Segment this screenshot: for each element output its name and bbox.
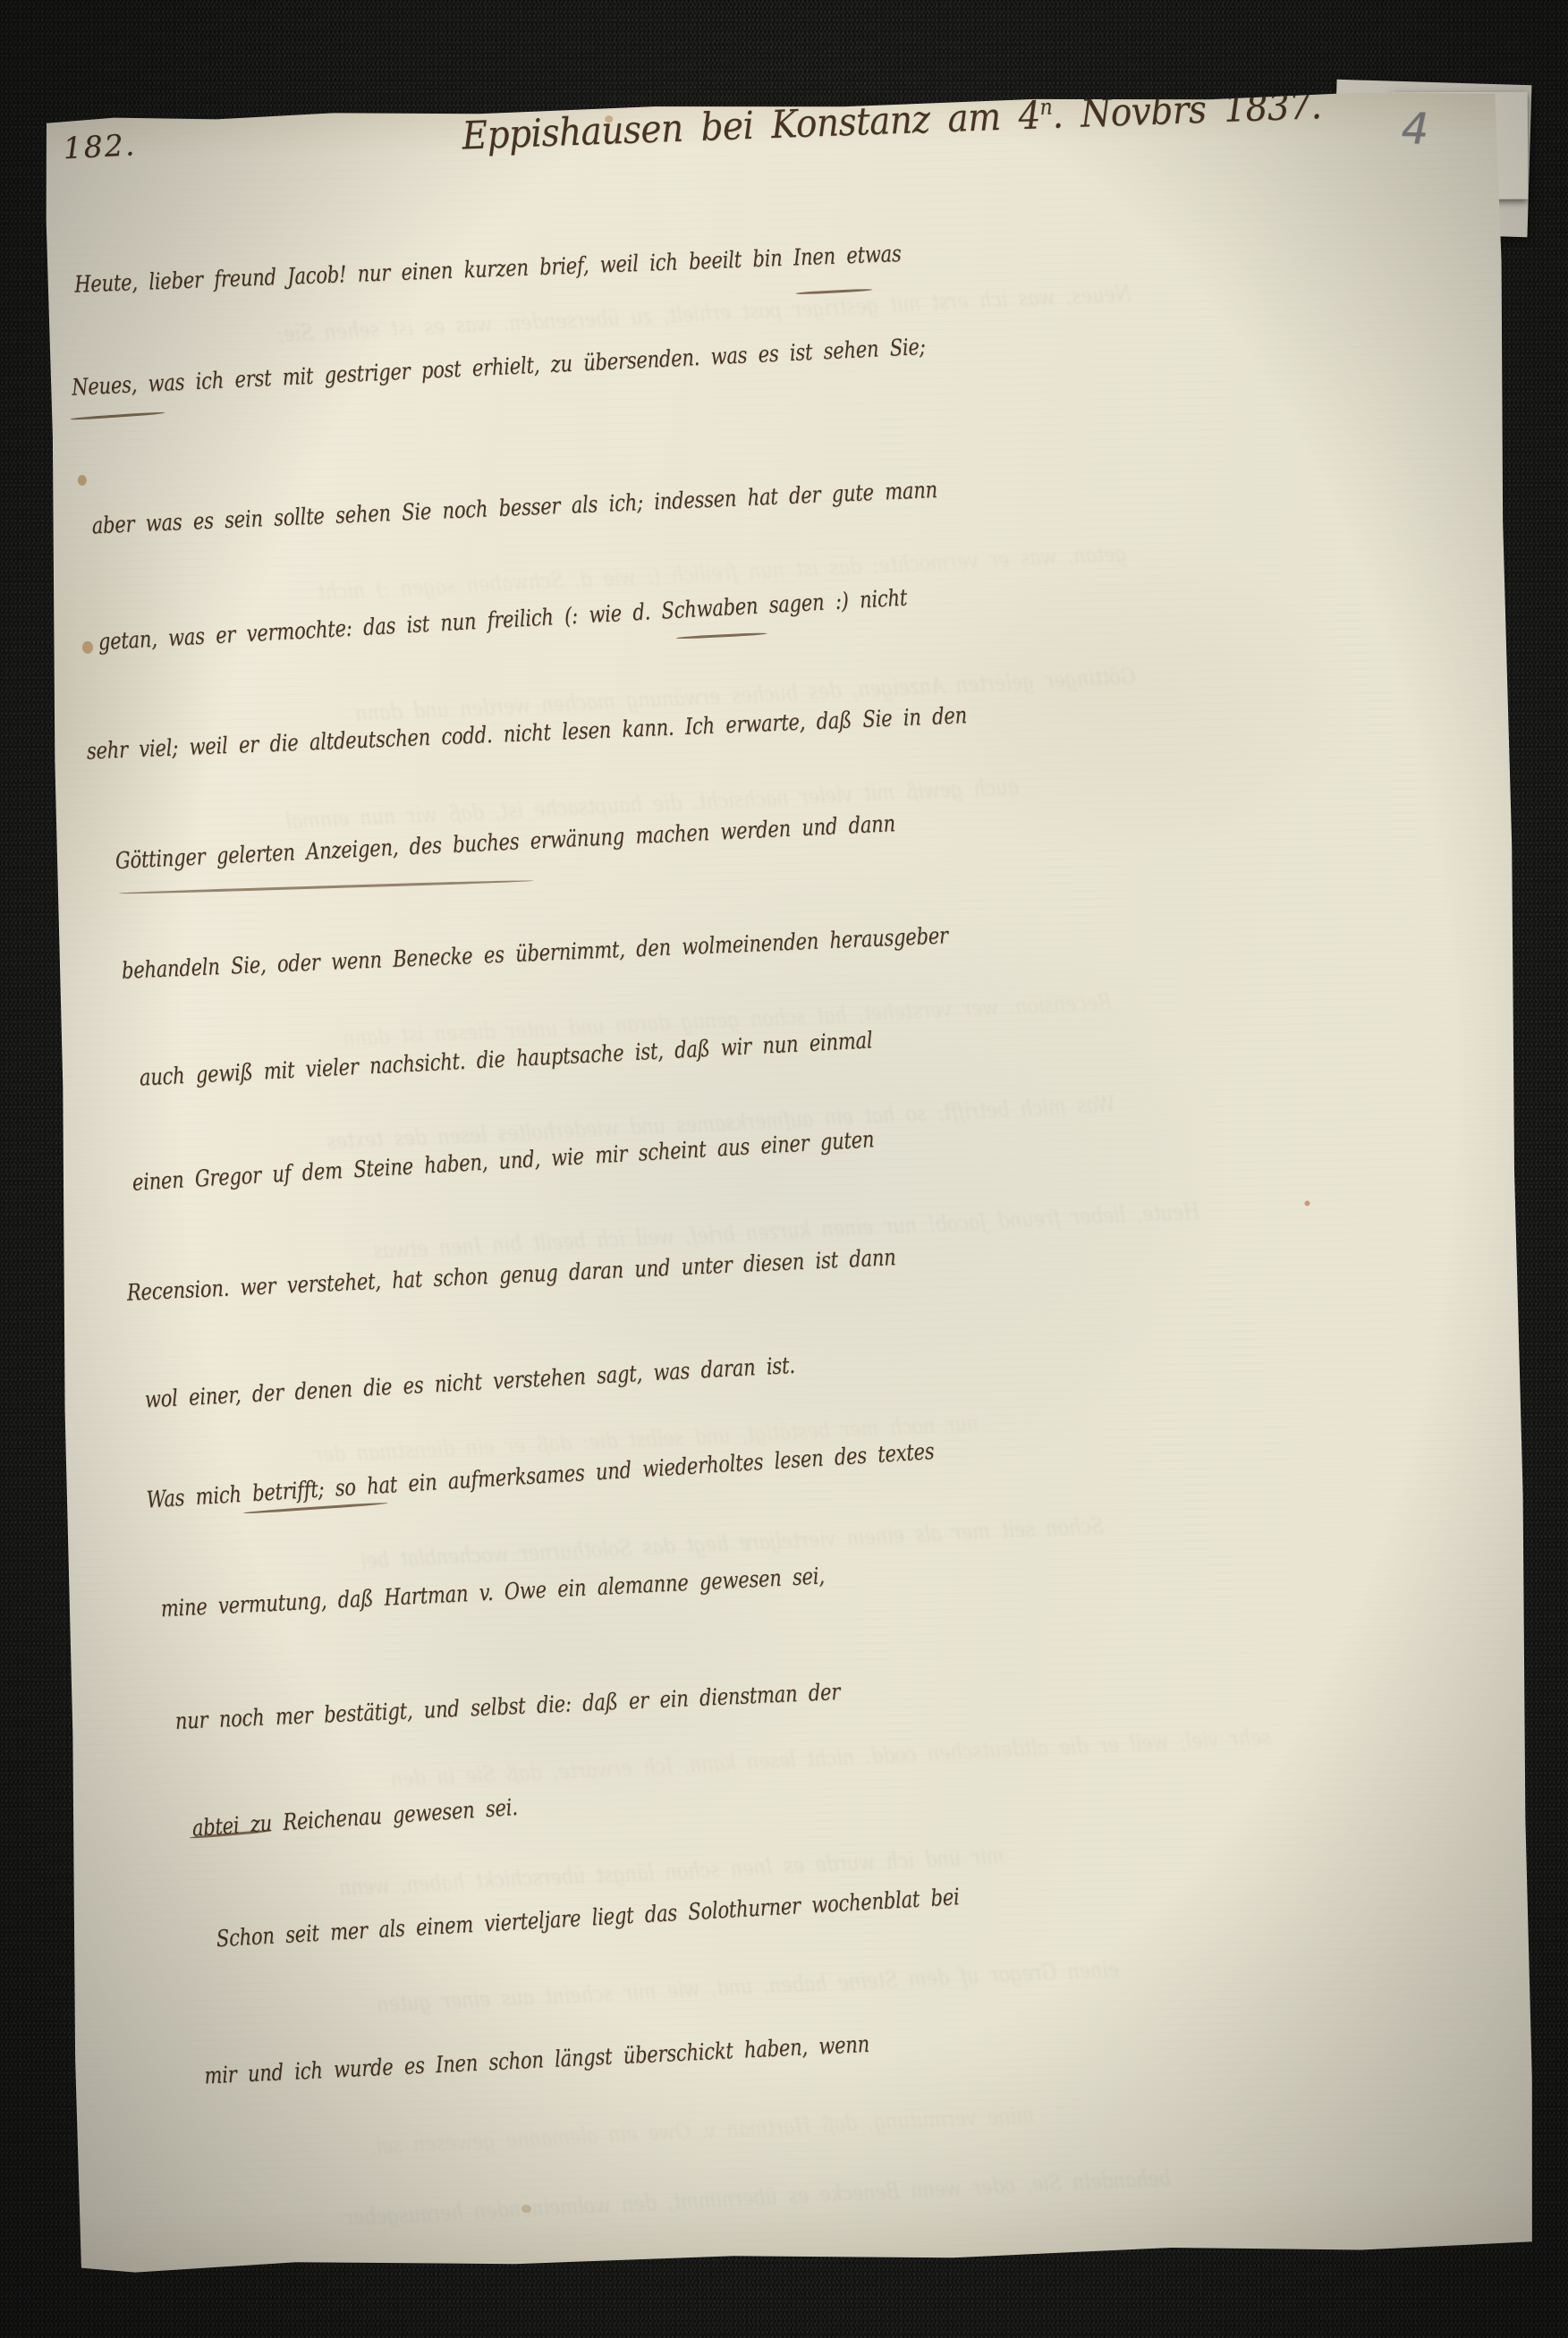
underline-stroke-goettinger xyxy=(118,879,534,894)
handwritten-line-14: nur noch mer bestätigt, und selbst die: … xyxy=(174,1675,841,1738)
foxing-spot xyxy=(82,641,93,654)
dateline-text: Eppishausen bei Konstanz am 4 xyxy=(462,94,1041,159)
page-number-right-pencil: 4 xyxy=(1401,104,1429,155)
bleedthrough-line: einen Gregor uf dem Steine haben, und, w… xyxy=(377,1956,1120,2018)
handwritten-line-7: behandeln Sie, oder wenn Benecke es über… xyxy=(121,919,948,987)
handwritten-line-17: mir und ich wurde es Inen schon längst ü… xyxy=(204,2028,870,2092)
handwritten-line-1: Heute, lieber freund Jacob! nur einen ku… xyxy=(74,237,903,301)
scan-background: Neues, was ich erst mit gestriger post e… xyxy=(0,0,1568,2338)
handwritten-line-11: wol einer, der denen die es nicht verste… xyxy=(144,1349,796,1416)
dateline: Eppishausen bei Konstanz am 4n. Novbrs 1… xyxy=(462,84,1322,152)
bleedthrough-line: Neues, was ich erst mit gestriger post e… xyxy=(277,280,1132,347)
underline-stroke-freilich xyxy=(676,632,767,640)
handwritten-line-2: Neues, was ich erst mit gestriger post e… xyxy=(71,330,926,403)
foxing-spot xyxy=(78,475,87,486)
bleedthrough-line: behandeln Sie, oder wenn Benecke es über… xyxy=(344,2164,1172,2230)
handwritten-line-16: Schon seit mer als einem vierteljare lie… xyxy=(216,1880,961,1955)
handwritten-line-13: mine vermutung, daß Hartman v. Owe ein a… xyxy=(160,1559,826,1624)
bleedthrough-line: sehr viel; weil er die altdeutschen codd… xyxy=(391,1724,1272,1792)
dateline-text-end: . Novbrs 1837. xyxy=(1052,84,1323,138)
foxing-spot xyxy=(1304,1200,1309,1206)
bleedthrough-line: mine vermutung, daß Hartman v. Owe ein a… xyxy=(369,2102,1034,2159)
page-number-left: 182. xyxy=(63,131,137,162)
handwritten-line-3: aber was es sein sollte sehen Sie noch b… xyxy=(91,473,938,542)
letter-page: Neues, was ich erst mit gestriger post e… xyxy=(41,89,1537,2277)
underline-stroke-neues xyxy=(71,411,165,420)
dateline-superscript: n xyxy=(1039,96,1053,121)
handwritten-line-15: abtei zu Reichenau gewesen sei. xyxy=(191,1791,519,1844)
